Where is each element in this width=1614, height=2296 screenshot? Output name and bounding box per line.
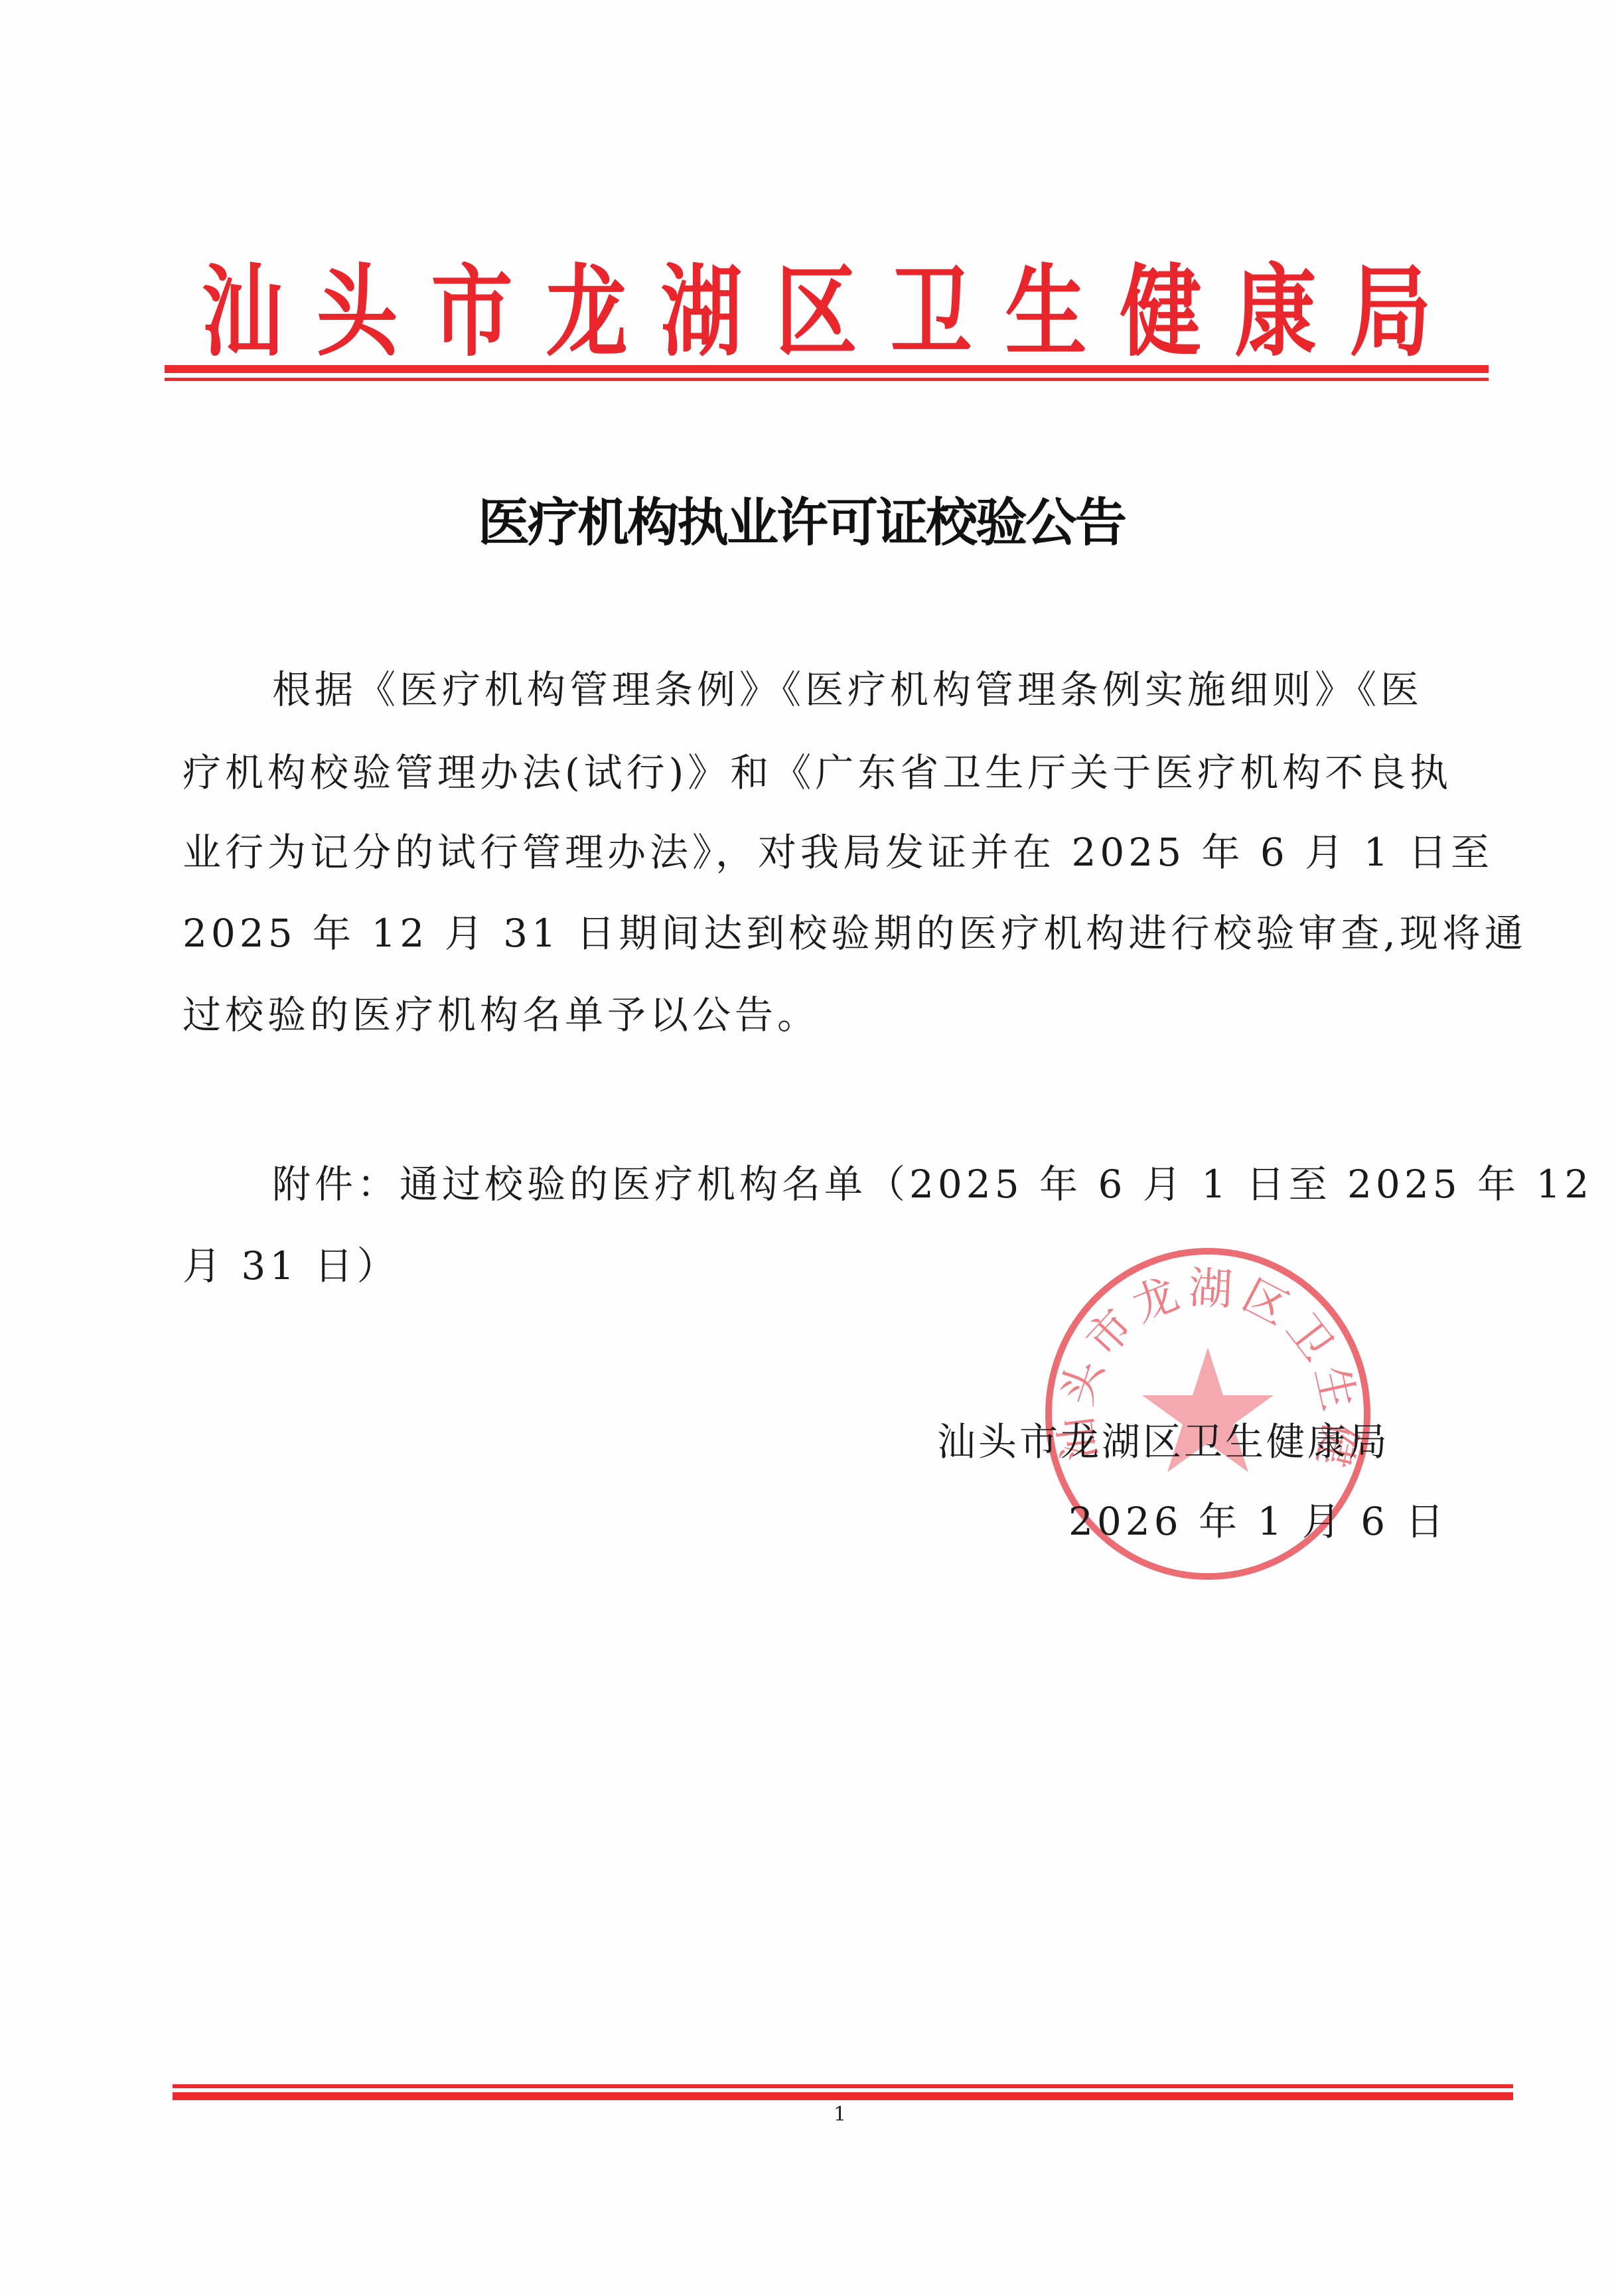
body-line: 2025 年 12 月 31 日期间达到校验期的医疗机构进行校验审查,现将通 <box>183 914 1497 953</box>
letterhead-char: 汕 <box>202 262 283 362</box>
document-page: 汕 头 市 龙 湖 区 卫 生 健 康 局 医疗机构执业许可证校验公告 根据《医… <box>0 0 1614 2296</box>
letterhead-char: 湖 <box>660 262 742 362</box>
body-line: 根据《医疗机构管理条例》《医疗机构管理条例实施细则》《医 <box>272 670 1497 709</box>
letterhead-char: 生 <box>1005 262 1086 362</box>
page-number: 1 <box>834 2103 846 2126</box>
document-title: 医疗机构执业许可证校验公告 <box>478 481 1208 556</box>
footer-divider-thin <box>173 2084 1513 2088</box>
organization-letterhead: 汕 头 市 龙 湖 区 卫 生 健 康 局 <box>192 249 1440 375</box>
letterhead-char: 健 <box>1120 262 1201 362</box>
letterhead-char: 卫 <box>890 262 972 362</box>
attachment-line: 附件：通过校验的医疗机构名单（2025 年 6 月 1 日至 2025 年 12 <box>272 1165 1497 1203</box>
letterhead-char: 区 <box>775 262 857 362</box>
header-divider-thick <box>165 365 1489 373</box>
footer-divider-thick <box>173 2092 1513 2100</box>
body-line: 过校验的医疗机构名单予以公告。 <box>183 996 1497 1034</box>
body-line: 业行为记分的试行管理办法》，对我局发证并在 2025 年 6 月 1 日至 <box>183 833 1497 872</box>
letterhead-char: 龙 <box>546 262 627 362</box>
header-divider-thin <box>165 378 1489 381</box>
letterhead-char: 局 <box>1349 262 1431 362</box>
letterhead-char: 市 <box>431 262 512 362</box>
signature-organization: 汕头市龙湖区卫生健康局 <box>937 1411 1390 1466</box>
signature-date: 2026 年 1 月 6 日 <box>1068 1490 1448 1546</box>
body-line: 疗机构校验管理办法(试行)》和《广东省卫生厅关于医疗机构不良执 <box>183 753 1497 792</box>
letterhead-char: 头 <box>316 262 398 362</box>
letterhead-char: 康 <box>1234 262 1316 362</box>
